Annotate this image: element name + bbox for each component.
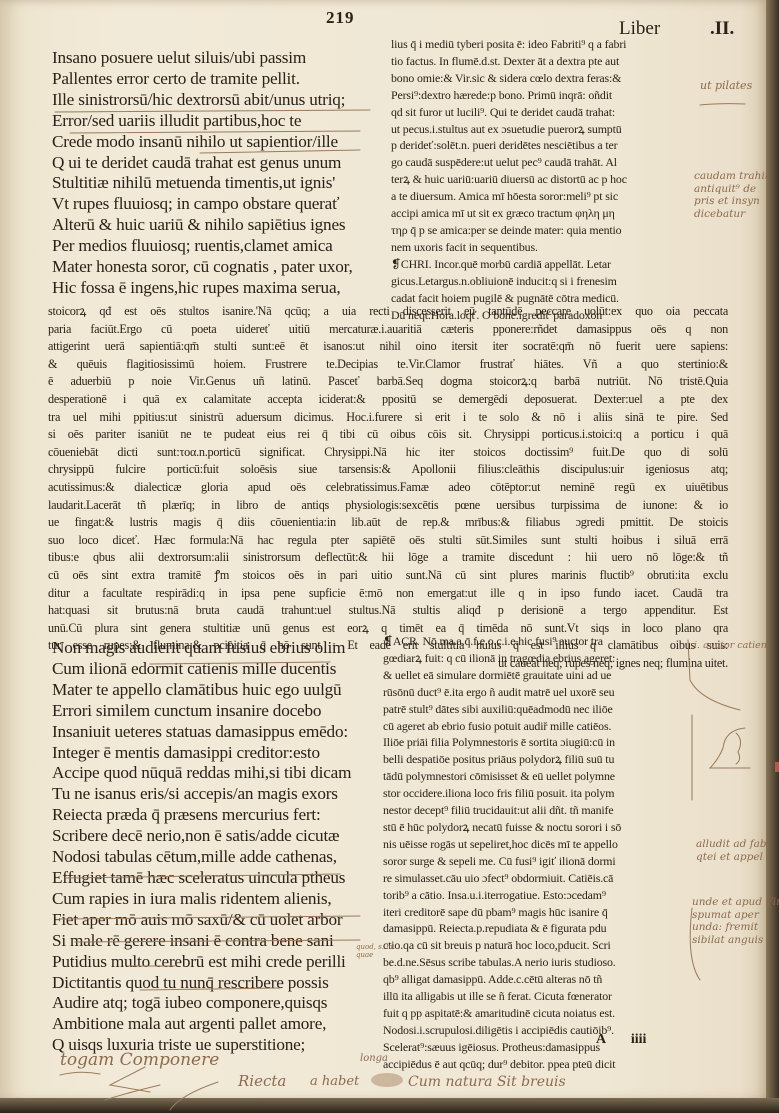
commentary-line: gicus.Letargus.n.obliuionē inducit:q si … [391,273,627,290]
commentary-line: tibus:e qbus alii dextrorsum:alii sinist… [48,549,728,567]
verse-line: Scribere decē nerio,non ē satis/adde cic… [52,826,351,847]
verse-line: Mater honesta soror, cū cognatis , pater… [52,257,353,278]
commentary-line: ctio.qa cū sit breuis p naturā hoc loco,… [383,937,621,954]
commentary-line: stor occidere.iliona loco fris filiū pos… [383,785,621,802]
commentary-line: cū oēs sint extra tramitē ꝭm stoicos oēs… [48,567,728,585]
commentary-line: ē aduerbiū p noie Vir.Genus uñ latinū. P… [48,373,728,391]
marginal-note-caudam: caudam trahit antiquit⁹ de pris et insyn… [694,170,769,220]
verse-line: Hic fossa ē ingens,hic rupes maxima seru… [52,278,353,299]
marginal-note-alludit: alludit ad fab qtei et appel [696,838,767,863]
verse-line: Crede modo insanū nihilo ut sapientior/i… [52,132,353,153]
marginal-note-line: caudam trahit [694,170,769,183]
verse-line: Tu ne isanus eris/si accepis/an magis ex… [52,784,351,805]
folio-number: 219 [326,8,355,28]
commentary-line: hat:quasi sit brutus:nā bruta caudā trah… [48,602,728,620]
commentary-line: ❡CHRI. Incor.quē morbū cardiā appellāt. … [391,256,627,273]
commentary-line: Iliōe priāi filia Polymnestoris ē sortit… [383,734,621,751]
commentary-line: fuit q pp aspitatē:& amaritudinē cicuta … [383,1005,621,1022]
verse-line: Cum ilionā edormit catienis mille ducent… [52,659,351,680]
page-edge-right [766,0,779,1113]
commentary-line: accipi amica mī ut sit ex græco tractum … [391,205,627,222]
bottom-note-cum-natura: Cum natura Sit breuis [408,1074,566,1090]
commentary-line: illū ita alligabis ut ille se ñ ferat. C… [383,988,621,1005]
verse-line: Alterū & huic uariū & nihilo sapiētius i… [52,215,353,236]
verse-line: Si male rē gerere insani ē contra bene s… [52,931,351,952]
verse-line: Insaniuit ueteres statuas damasippus emē… [52,722,351,743]
marginal-note-top-right: ut pilates [700,80,752,93]
commentary-line: paria faciūt.Ergo cū poeta uidereť uitiū… [48,321,728,339]
bottom-note-togam: togam Componere [60,1050,219,1070]
commentary-line: accipiēdus ē aut qcūq; dur⁹ debitor. ppe… [383,1056,621,1073]
commentary-line: nem uxoris facit in sequentibus. [391,239,627,256]
verse-line: Error/sed uariis illudit partibus,hoc te [52,111,353,132]
commentary-line: laudarit.Lacerāt tñ plærīq; in libro de … [48,497,728,515]
marginal-note-line: sibilat anguis [692,934,779,947]
commentary-line: τηρ q̄ p se amica:per se deinde mater: q… [391,222,627,239]
commentary-line: bono omie:& Vir.sic & sidera cœlo dextra… [391,70,627,87]
commentary-line: Scelerat⁹:sæuus igēiosus. Protheus:damas… [383,1039,621,1056]
commentary-right-1: lius q̄ i mediū tyberi posita ē: ideo Fa… [391,36,627,323]
commentary-line: re simulasset.cāu uio ɔfect⁹ obdormiuit.… [383,870,621,887]
commentary-line: be.d.ne.Sēsus scribe tabulas.A nerio iur… [383,954,621,971]
bottom-note-riecta: Riecta [238,1072,286,1090]
commentary-line: suo loco diceť. Hæc formula:Nā hac regul… [48,532,728,550]
commentary-line: Nodosi.i.scrupulosi.diligētis i accipiēd… [383,1022,621,1039]
commentary-full-width: stoicorꝝ qđ est oēs stultos isanire.'Nā … [48,303,728,672]
commentary-line: a te diuersum. Amica mī hōesta soror:mel… [391,188,627,205]
verse-line: Integer ē mentis damasippi creditor:esto [52,743,351,764]
verse-line: Putidius multo cerebrū est mihi crede pe… [52,952,351,973]
commentary-line: qb⁹ alligat damasippū. Adde.c.cētū alter… [383,971,621,988]
verse-line: Reiecta præda q̄ præsens mercurius fert: [52,805,351,826]
commentary-line: cōueniebāt dicti sunt:τοα.n.porticū sign… [48,444,728,462]
commentary-line: belli despatiōe positus priāus polydorꝝ … [383,751,621,768]
marginal-note-line: dicebatur [694,208,769,221]
marginal-note-line: pris et insyn [694,195,769,208]
commentary-line: ut pecus.i.stultus aut ex ɔsuetudie puer… [391,121,627,138]
commentary-right-2: ❡ACR. Nō ma.a.q̄.f.e.o.c.i.e.hic fusi⁹ a… [383,633,621,1073]
commentary-line: ❡ACR. Nō ma.a.q̄.f.e.o.c.i.e.hic fusi⁹ a… [383,633,621,650]
verse-block-1: Insano posuere uelut siluis/ubi passim P… [52,48,353,299]
commentary-line: si oēs pariter isaniūt ne te pudeat eius… [48,426,728,444]
book-number: .II. [710,18,734,40]
commentary-line: lius q̄ i mediū tyberi posita ē: ideo Fa… [391,36,627,53]
commentary-line: nestor decept⁹ filiū trucidauit:ut alii … [383,802,621,819]
marginal-note-line: antiquit⁹ de [694,183,769,196]
marginal-note-unde: unde et apud Vir spumat aper unda: fremi… [692,896,779,946]
marginal-note-line: qtei et appel [696,851,767,864]
marginal-note-line: quod, s. m [356,943,393,951]
commentary-line: & uellet eā simulare dormiētē grauitate … [383,667,621,684]
verse-line: Errori similem cunctum insanire docebo [52,701,351,722]
page-edge-bottom [0,1098,779,1113]
bottom-note-longa: longa [360,1053,388,1064]
commentary-line: tra uel mihi ppitius:ut sinistrū aduersu… [48,409,728,427]
verse-line: Ille sinistrorsū/hic dextrorsū abit/unus… [52,90,353,111]
marginal-note-line: alludit ad fab [696,838,767,851]
verse-line: Accipe quod nūquā reddas mihi,si tibi di… [52,763,351,784]
commentary-line: ue fingat:& lustris magis q̄ diis cōueni… [48,514,728,532]
marginal-note-quod: quod, s. m quae [356,943,393,959]
commentary-line: gœdiarꝝ fuit: q cū ilionā in tragœdia eb… [383,650,621,667]
commentary-line: stoicorꝝ qđ est oēs stultos isanire.'Nā … [48,303,728,321]
commentary-line: torib⁹ a cātio. Insa.u.i.iterrogatiue. E… [383,887,621,904]
verse-line: Ambitione mala aut argenti pallet amore, [52,1014,351,1035]
verse-line: Non magis audierit quam fusius ebrius ol… [52,638,351,659]
verse-block-2: Non magis audierit quam fusius ebrius ol… [52,638,351,1056]
verse-line: Q ui te deridet caudā trahat est genus u… [52,153,353,174]
verse-line: Fiet aper mō auis mō saxū/& cū uolet arb… [52,910,351,931]
verse-line: Insano posuere uelut siluis/ubi passim [52,48,353,69]
commentary-line: & quēuis flagitiosissimū hoiem. Frustrer… [48,356,728,374]
commentary-line: tio factus. In flumē.d.st. Dexter āt a d… [391,53,627,70]
verse-line: Dictitantis quod tu nunq̄ rescribere pos… [52,973,351,994]
verse-line: Mater te appello clamātibus huic ego uul… [52,680,351,701]
marginal-note-auctor: i. auctor catien [694,640,767,653]
marginal-note-line: spumat aper [692,909,779,922]
commentary-line: p derideť:solēt.n. pueri deridētes nesci… [391,137,627,154]
verse-line: Vt rupes fluuiosq; in campo obstare quer… [52,194,353,215]
commentary-line: tādū polymnestori cōmisisset & eū uellet… [383,768,621,785]
commentary-line: ditur a facultate respirādi:q in ipsa pe… [48,585,728,603]
commentary-line: qd sit furor ut lucili⁹. Qui te deridet … [391,104,627,121]
verse-line: Cum rapies in iura malis ridentem alieni… [52,889,351,910]
commentary-line: nis uēisse rogās ut sepeliret,hoc dicēs … [383,836,621,853]
verse-line: Pallentes error certo de tramite pellit. [52,69,353,90]
commentary-line: patrē stult⁹ dātes sibi auxiliū:quēadmod… [383,701,621,718]
commentary-line: terꝝ & huic uariū:uariū diuersū ac disto… [391,171,627,188]
commentary-line: stū ē hūc polydorꝝ necatū fuisse & noctu… [383,819,621,836]
commentary-line: rūsōnū duct⁹ ē.ita ergo ñ audit matrē ue… [383,684,621,701]
commentary-line: acutissimus:& dialecticæ gloria apud oēs… [48,479,728,497]
marginal-note-line: quae [356,951,393,959]
commentary-line: iteri creditorē sape dū pbam⁹ magis hūc … [383,904,621,921]
commentary-line: desperationē i quā ex calamitate accepta… [48,391,728,409]
commentary-line: go caudā suspēdere:ut uelut pec⁹ caudā t… [391,154,627,171]
verse-line: Per medios fluuiosq; ruentis,clamet amic… [52,236,353,257]
verse-line: Stultitiæ nihilū metuenda timentis,ut ig… [52,173,353,194]
marginal-note-line: unda: fremit [692,921,779,934]
marginal-note-line: unde et apud Vir [692,896,779,909]
commentary-line: chrysippū fulcire porticū:fuit soloēsis … [48,461,728,479]
commentary-line: Persi⁹:dextro hærede:p bono. Primū inqrā… [391,87,627,104]
commentary-line: damasippū. Reiecta.p.repudiata & ē figur… [383,920,621,937]
bottom-note-a-habet: a habet [310,1074,359,1089]
commentary-line: soror surge & sepeli me. Cū fusi⁹ igiť i… [383,853,621,870]
verse-line: Audire atq; togā iubeo componere,quisqs [52,993,351,1014]
commentary-line: cū ageret ab ebrio fusio potuit audiř mi… [383,718,621,735]
verse-line: Nodosi tabulas cētum,mille adde cathenas… [52,847,351,868]
signature-mark: A iiii [596,1032,646,1048]
verse-line: Effugiet tamē hæc sceleratus uincula pth… [52,868,351,889]
commentary-line: attigerint uerā sapientiā:qm̄ stulti sun… [48,338,728,356]
